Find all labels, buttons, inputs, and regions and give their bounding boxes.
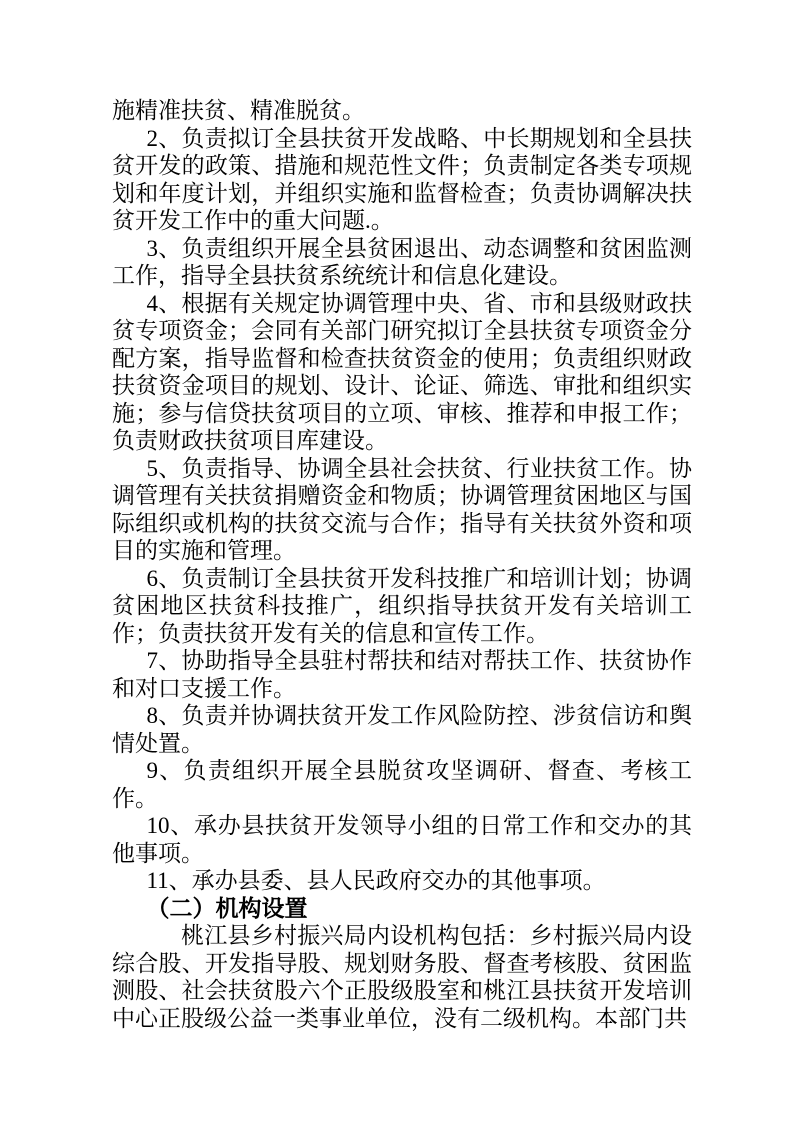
duty-item-5: 5、负责指导、协调全县社会扶贫、行业扶贫工作。协调管理有关扶贫捐赠资金和物质；协… — [112, 455, 692, 565]
duty-item-10: 10、承办县扶贫开发领导小组的日常工作和交办的其他事项。 — [112, 812, 692, 867]
duty-item-7: 7、协助指导全县驻村帮扶和结对帮扶工作、扶贫协作和对口支援工作。 — [112, 647, 692, 702]
document-content: 施精准扶贫、精准脱贫。 2、负责拟订全县扶贫开发战略、中长期规划和全县扶贫开发的… — [112, 97, 692, 1032]
duty-item-4: 4、根据有关规定协调管理中央、省、市和县级财政扶贫专项资金；会同有关部门研究拟订… — [112, 290, 692, 455]
paragraph-organization-intro: 桃江县乡村振兴局内设机构包括：乡村振兴局内设综合股、开发指导股、规划财务股、督查… — [112, 922, 692, 1032]
duty-item-8: 8、负责并协调扶贫开发工作风险防控、涉贫信访和舆情处置。 — [112, 702, 692, 757]
paragraph-continuation: 施精准扶贫、精准脱贫。 — [112, 97, 692, 125]
duty-item-3: 3、负责组织开展全县贫困退出、动态调整和贫困监测工作，指导全县扶贫系统统计和信息… — [112, 235, 692, 290]
duty-item-9: 9、负责组织开展全县脱贫攻坚调研、督查、考核工作。 — [112, 757, 692, 812]
section-heading-organization-setup: （二）机构设置 — [112, 895, 692, 923]
document-page: 施精准扶贫、精准脱贫。 2、负责拟订全县扶贫开发战略、中长期规划和全县扶贫开发的… — [0, 0, 793, 1122]
duty-item-6: 6、负责制订全县扶贫开发科技推广和培训计划；协调贫困地区扶贫科技推广，组织指导扶… — [112, 565, 692, 648]
duty-item-2: 2、负责拟订全县扶贫开发战略、中长期规划和全县扶贫开发的政策、措施和规范性文件；… — [112, 125, 692, 235]
duty-item-11: 11、承办县委、县人民政府交办的其他事项。 — [112, 867, 692, 895]
